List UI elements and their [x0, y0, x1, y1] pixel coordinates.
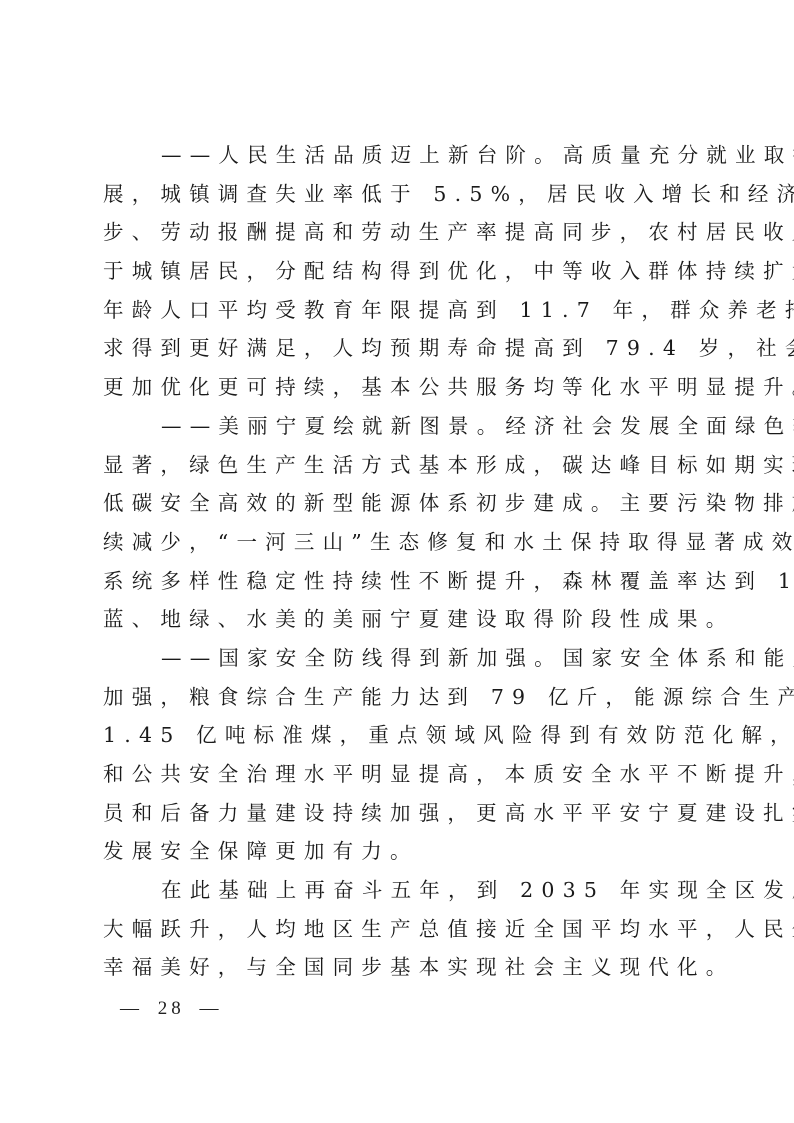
text-line: 幸福美好，与全国同步基本实现社会主义现代化。	[103, 948, 693, 987]
text-line: 于城镇居民，分配结构得到优化，中等收入群体持续扩大。劳动	[103, 252, 693, 291]
text-line: 1.45 亿吨标准煤，重点领域风险得到有效防范化解，社会治理	[103, 716, 693, 755]
paragraph-national-security: ——国家安全防线得到新加强。国家安全体系和能力进一步 加强，粮食综合生产能力达到…	[103, 639, 693, 871]
document-body: ——人民生活品质迈上新台阶。高质量充分就业取得新进 展，城镇调查失业率低于 5.…	[103, 136, 693, 987]
text-line: 续减少，“一河三山”生态修复和水土保持取得显著成效，生态	[103, 523, 693, 562]
text-line: ——人民生活品质迈上新台阶。高质量充分就业取得新进	[103, 136, 693, 175]
text-line: 发展安全保障更加有力。	[103, 832, 693, 871]
text-line: 员和后备力量建设持续加强，更高水平平安宁夏建设扎实推进，	[103, 794, 693, 833]
text-line: 步、劳动报酬提高和劳动生产率提高同步，农村居民收入增速高	[103, 213, 693, 252]
text-line: 在此基础上再奋斗五年，到 2035 年实现全区发展综合实力	[103, 871, 693, 910]
text-line: 大幅跃升，人均地区生产总值接近全国平均水平，人民生活更加	[103, 910, 693, 949]
text-line: 蓝、地绿、水美的美丽宁夏建设取得阶段性成果。	[103, 600, 693, 639]
text-line: 求得到更好满足，人均预期寿命提高到 79.4 岁，社会保障制度	[103, 329, 693, 368]
text-line: 显著，绿色生产生活方式基本形成，碳达峰目标如期实现，清洁	[103, 446, 693, 485]
page-number: — 28 —	[120, 998, 223, 1020]
paragraph-beautiful-ningxia: ——美丽宁夏绘就新图景。经济社会发展全面绿色转型成效 显著，绿色生产生活方式基本…	[103, 407, 693, 639]
text-line: ——美丽宁夏绘就新图景。经济社会发展全面绿色转型成效	[103, 407, 693, 446]
text-line: 系统多样性稳定性持续性不断提升，森林覆盖率达到 14%，天	[103, 562, 693, 601]
text-line: 加强，粮食综合生产能力达到 79 亿斤，能源综合生产能力达到	[103, 678, 693, 717]
text-line: 低碳安全高效的新型能源体系初步建成。主要污染物排放总量持	[103, 484, 693, 523]
text-line: 展，城镇调查失业率低于 5.5%，居民收入增长和经济增长同	[103, 175, 693, 214]
text-line: 更加优化更可持续，基本公共服务均等化水平明显提升。	[103, 368, 693, 407]
text-line: ——国家安全防线得到新加强。国家安全体系和能力进一步	[103, 639, 693, 678]
text-line: 年龄人口平均受教育年限提高到 11.7 年，群众养老托育服务需	[103, 291, 693, 330]
paragraph-quality-of-life: ——人民生活品质迈上新台阶。高质量充分就业取得新进 展，城镇调查失业率低于 5.…	[103, 136, 693, 407]
text-line: 和公共安全治理水平明显提高，本质安全水平不断提升，国防动	[103, 755, 693, 794]
paragraph-2035-goal: 在此基础上再奋斗五年，到 2035 年实现全区发展综合实力 大幅跃升，人均地区生…	[103, 871, 693, 987]
